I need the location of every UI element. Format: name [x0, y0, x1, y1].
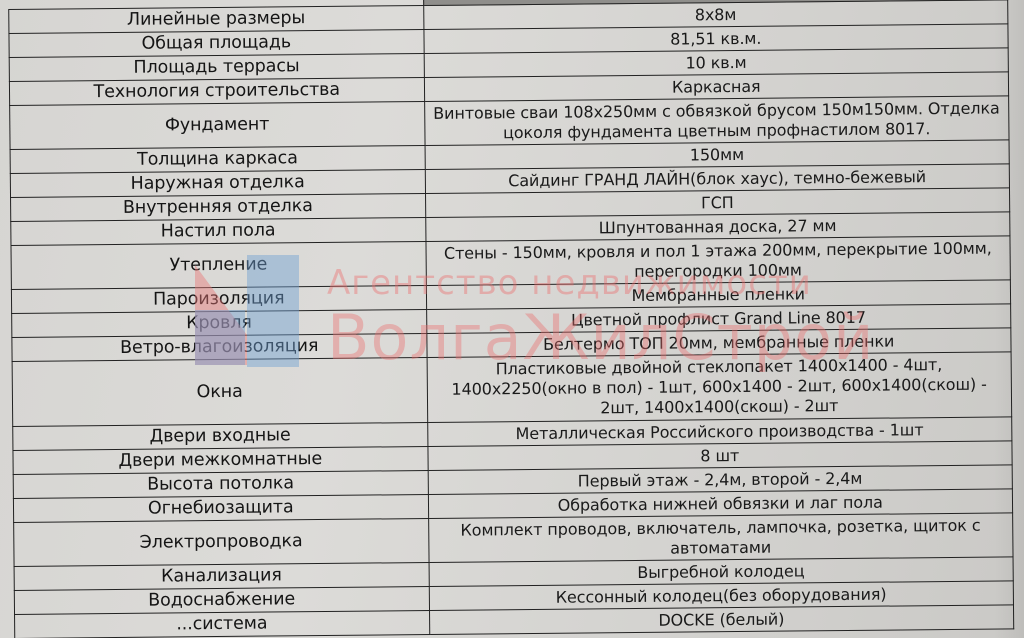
row-label: ...система: [15, 610, 430, 638]
row-value: Винтовые сваи 108х250мм с обвязкой брусо…: [424, 96, 1009, 146]
spec-table: Максимум + Линейные размеры 8х8м Общая п…: [8, 0, 1014, 638]
row-label: Электропроводка: [14, 518, 429, 566]
row-label: Утепление: [11, 242, 426, 290]
row-value: Стены - 150мм, кровля и пол 1 этажа 200м…: [425, 236, 1010, 286]
row-label: Фундамент: [10, 102, 425, 150]
table-row: Окна Пластиковые двойной стеклопакет 140…: [12, 352, 1012, 427]
row-value: Комплект проводов, включатель, лампочка,…: [428, 513, 1013, 563]
document-photo: Максимум + Линейные размеры 8х8м Общая п…: [0, 0, 1024, 638]
row-value: Пластиковые двойной стеклопакет 1400х140…: [427, 352, 1012, 423]
row-label: Окна: [12, 357, 427, 426]
spec-sheet: Максимум + Линейные размеры 8х8м Общая п…: [8, 0, 1014, 638]
row-value: DOCKE (белый): [429, 605, 1014, 635]
